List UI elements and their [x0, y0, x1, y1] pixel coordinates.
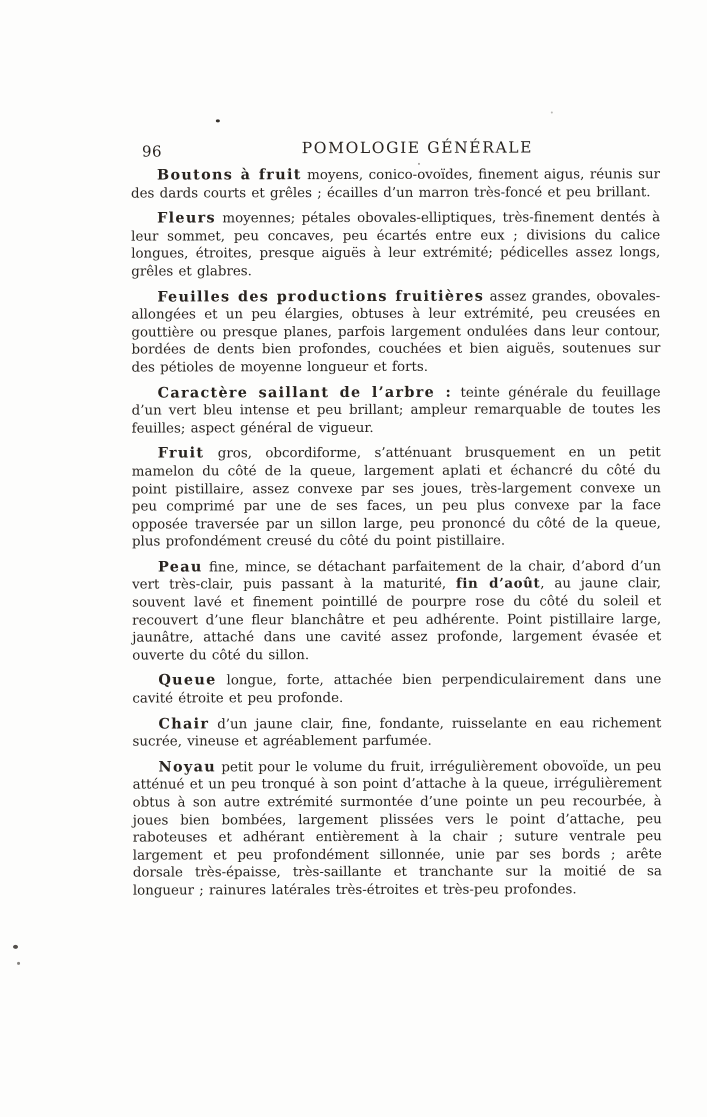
entry-lead: Fleurs [157, 210, 216, 227]
entry-queue: Queue longue, forte, attachée bien perpe… [132, 671, 661, 709]
entry-caractere-saillant: Caractère saillant de l’arbre : teinte g… [132, 383, 661, 438]
ink-speck [17, 962, 20, 965]
entry-body: petit pour le volume du fruit, irréguliè… [133, 759, 662, 899]
entry-lead: Chair [158, 715, 209, 732]
scanned-book-page: 96 POMOLOGIE GÉNÉRALE Boutons à fruit mo… [0, 0, 707, 1117]
entry-noyau: Noyau petit pour le volume du fruit, irr… [133, 757, 662, 900]
entry-maturity-emphasis: fin d’août [456, 576, 540, 592]
entry-lead: Peau [158, 558, 203, 575]
entry-fruit: Fruit gros, obcordiforme, s’atténuant br… [132, 444, 661, 552]
page-body: Boutons à fruit moyens, conico-ovoïdes, … [131, 165, 662, 907]
ink-speck [216, 119, 220, 122]
entry-peau: Peau fine, mince, se détachant parfaitem… [132, 557, 661, 665]
entry-lead: Noyau [159, 758, 216, 775]
entry-boutons-a-fruit: Boutons à fruit moyens, conico-ovoïdes, … [131, 165, 660, 203]
entry-lead: Caractère saillant de l’arbre : [158, 383, 453, 401]
entry-feuilles: Feuilles des productions fruitières asse… [131, 287, 660, 377]
entry-fleurs: Fleurs moyennes; pétales obovales-ellipt… [131, 208, 660, 281]
entry-lead: Fruit [158, 445, 205, 462]
entry-lead: Feuilles des productions fruitières [157, 287, 484, 305]
ink-speck [418, 163, 420, 165]
entry-chair: Chair d’un jaune clair, fine, fondante, … [132, 714, 661, 752]
ink-speck [13, 945, 18, 949]
entry-body: gros, obcordiforme, s’atténuant brusquem… [132, 446, 661, 550]
running-title: POMOLOGIE GÉNÉRALE [131, 138, 660, 157]
entry-lead: Queue [158, 672, 216, 689]
entry-lead: Boutons à fruit [157, 166, 302, 183]
entry-body: d’un jaune clair, fine, fondante, ruisse… [132, 716, 661, 750]
ink-speck [551, 111, 553, 113]
page-number: 96 [142, 142, 162, 160]
page-header: 96 POMOLOGIE GÉNÉRALE [131, 138, 660, 163]
